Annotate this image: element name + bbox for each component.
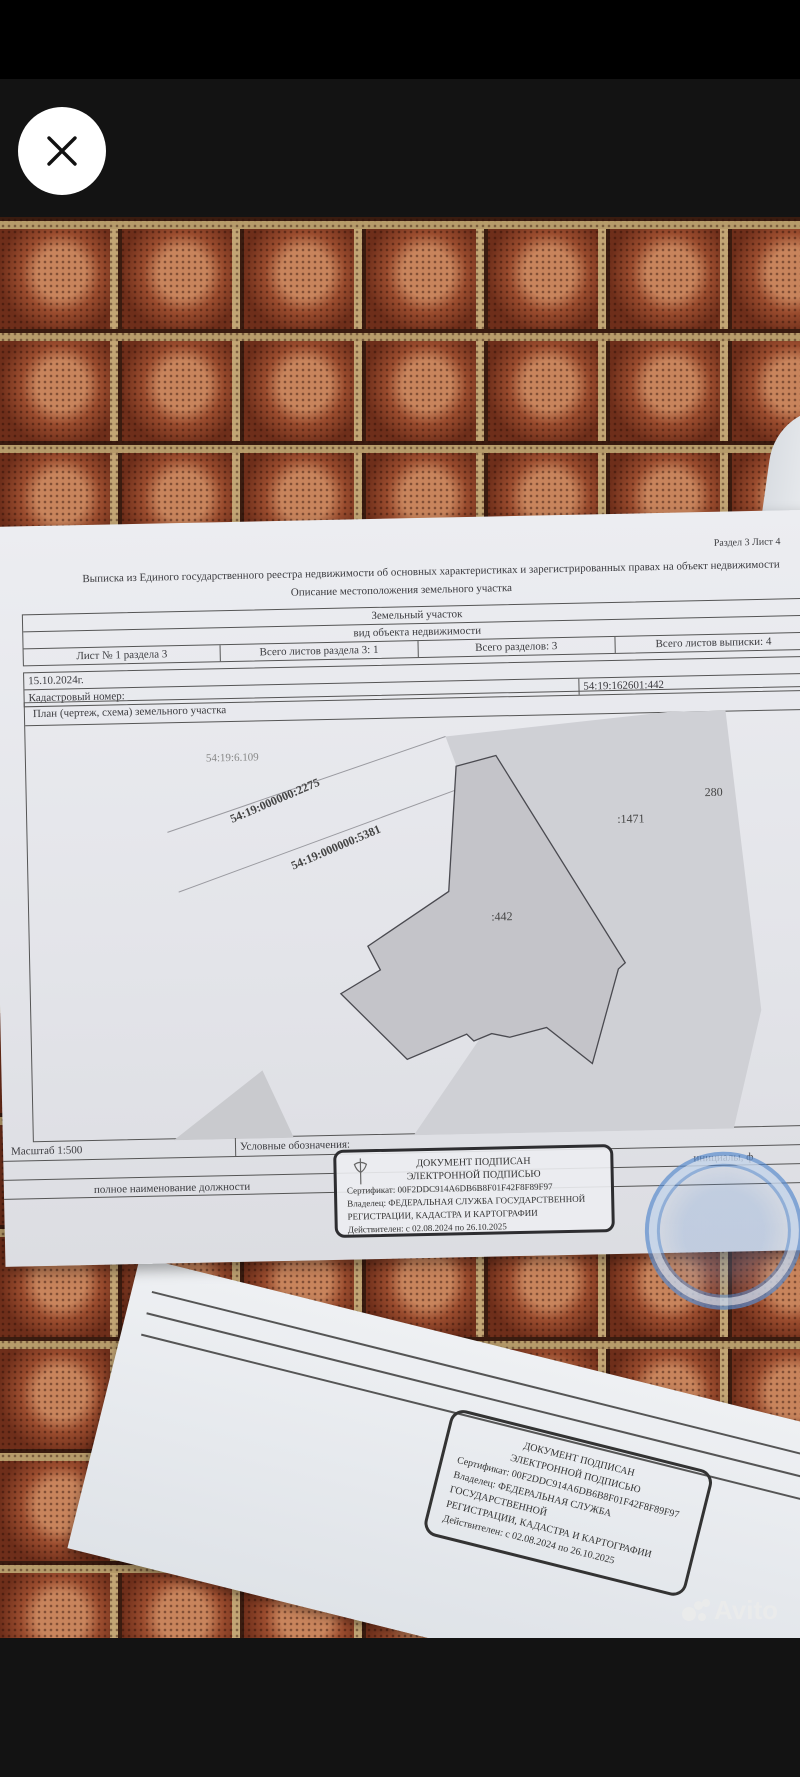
parcel-map: 54:19:6.109 54:19:000000:2275 54:19:0000…: [25, 709, 800, 1143]
bottom-bar: [0, 1638, 800, 1777]
e-signature-stamp-secondary: ДОКУМЕНТ ПОДПИСАН ЭЛЕКТРОННОЙ ПОДПИСЬЮ С…: [422, 1407, 715, 1598]
sheets-total: Всего листов выписки: 4: [615, 633, 800, 653]
document-subtitle: Описание местоположения земельного участ…: [251, 581, 551, 599]
label-road-1: 54:19:000000:2275: [228, 775, 322, 826]
watermark-text: Avito: [714, 1595, 778, 1626]
position-caption: полное наименование должности: [94, 1178, 251, 1199]
sheets-in-section: Всего листов раздела 3: 1: [221, 641, 419, 661]
label-top-parcel: 54:19:6.109: [206, 751, 260, 764]
sheet-number: Лист № 1 раздела 3: [24, 645, 222, 665]
e-signature-stamp: ДОКУМЕНТ ПОДПИСАН ЭЛЕКТРОННОЙ ПОДПИСЬЮ С…: [333, 1144, 615, 1238]
label-road-2: 54:19:000000:5381: [289, 822, 383, 873]
legend-label: Условные обозначения:: [235, 1136, 350, 1156]
coat-of-arms-icon: [348, 1156, 373, 1186]
photo-viewer-image[interactable]: ДОКУМЕНТ ПОДПИСАН ЭЛЕКТРОННОЙ ПОДПИСЬЮ С…: [0, 217, 800, 1638]
label-neighbor-2: 280: [705, 785, 723, 799]
document-sheet: Раздел 3 Лист 4 Выписка из Единого госуд…: [0, 510, 800, 1267]
land-plot-plan: План (чертеж, схема) земельного участка …: [24, 686, 800, 1142]
close-icon: [45, 134, 79, 168]
section-label: Раздел 3 Лист 4: [714, 536, 781, 548]
map-scale: Масштаб 1:500: [11, 1141, 83, 1160]
close-button[interactable]: [18, 107, 106, 195]
label-neighbor-1: :1471: [617, 811, 645, 826]
status-bar: [0, 0, 800, 79]
avito-watermark: Avito: [682, 1595, 778, 1626]
avito-logo-icon: [682, 1599, 712, 1623]
document-title: Выписка из Единого государственного реес…: [81, 558, 781, 585]
header-table: Земельный участок вид объекта недвижимос…: [22, 598, 800, 667]
label-main-parcel: :442: [491, 909, 513, 923]
sections-total: Всего разделов: 3: [418, 637, 616, 657]
